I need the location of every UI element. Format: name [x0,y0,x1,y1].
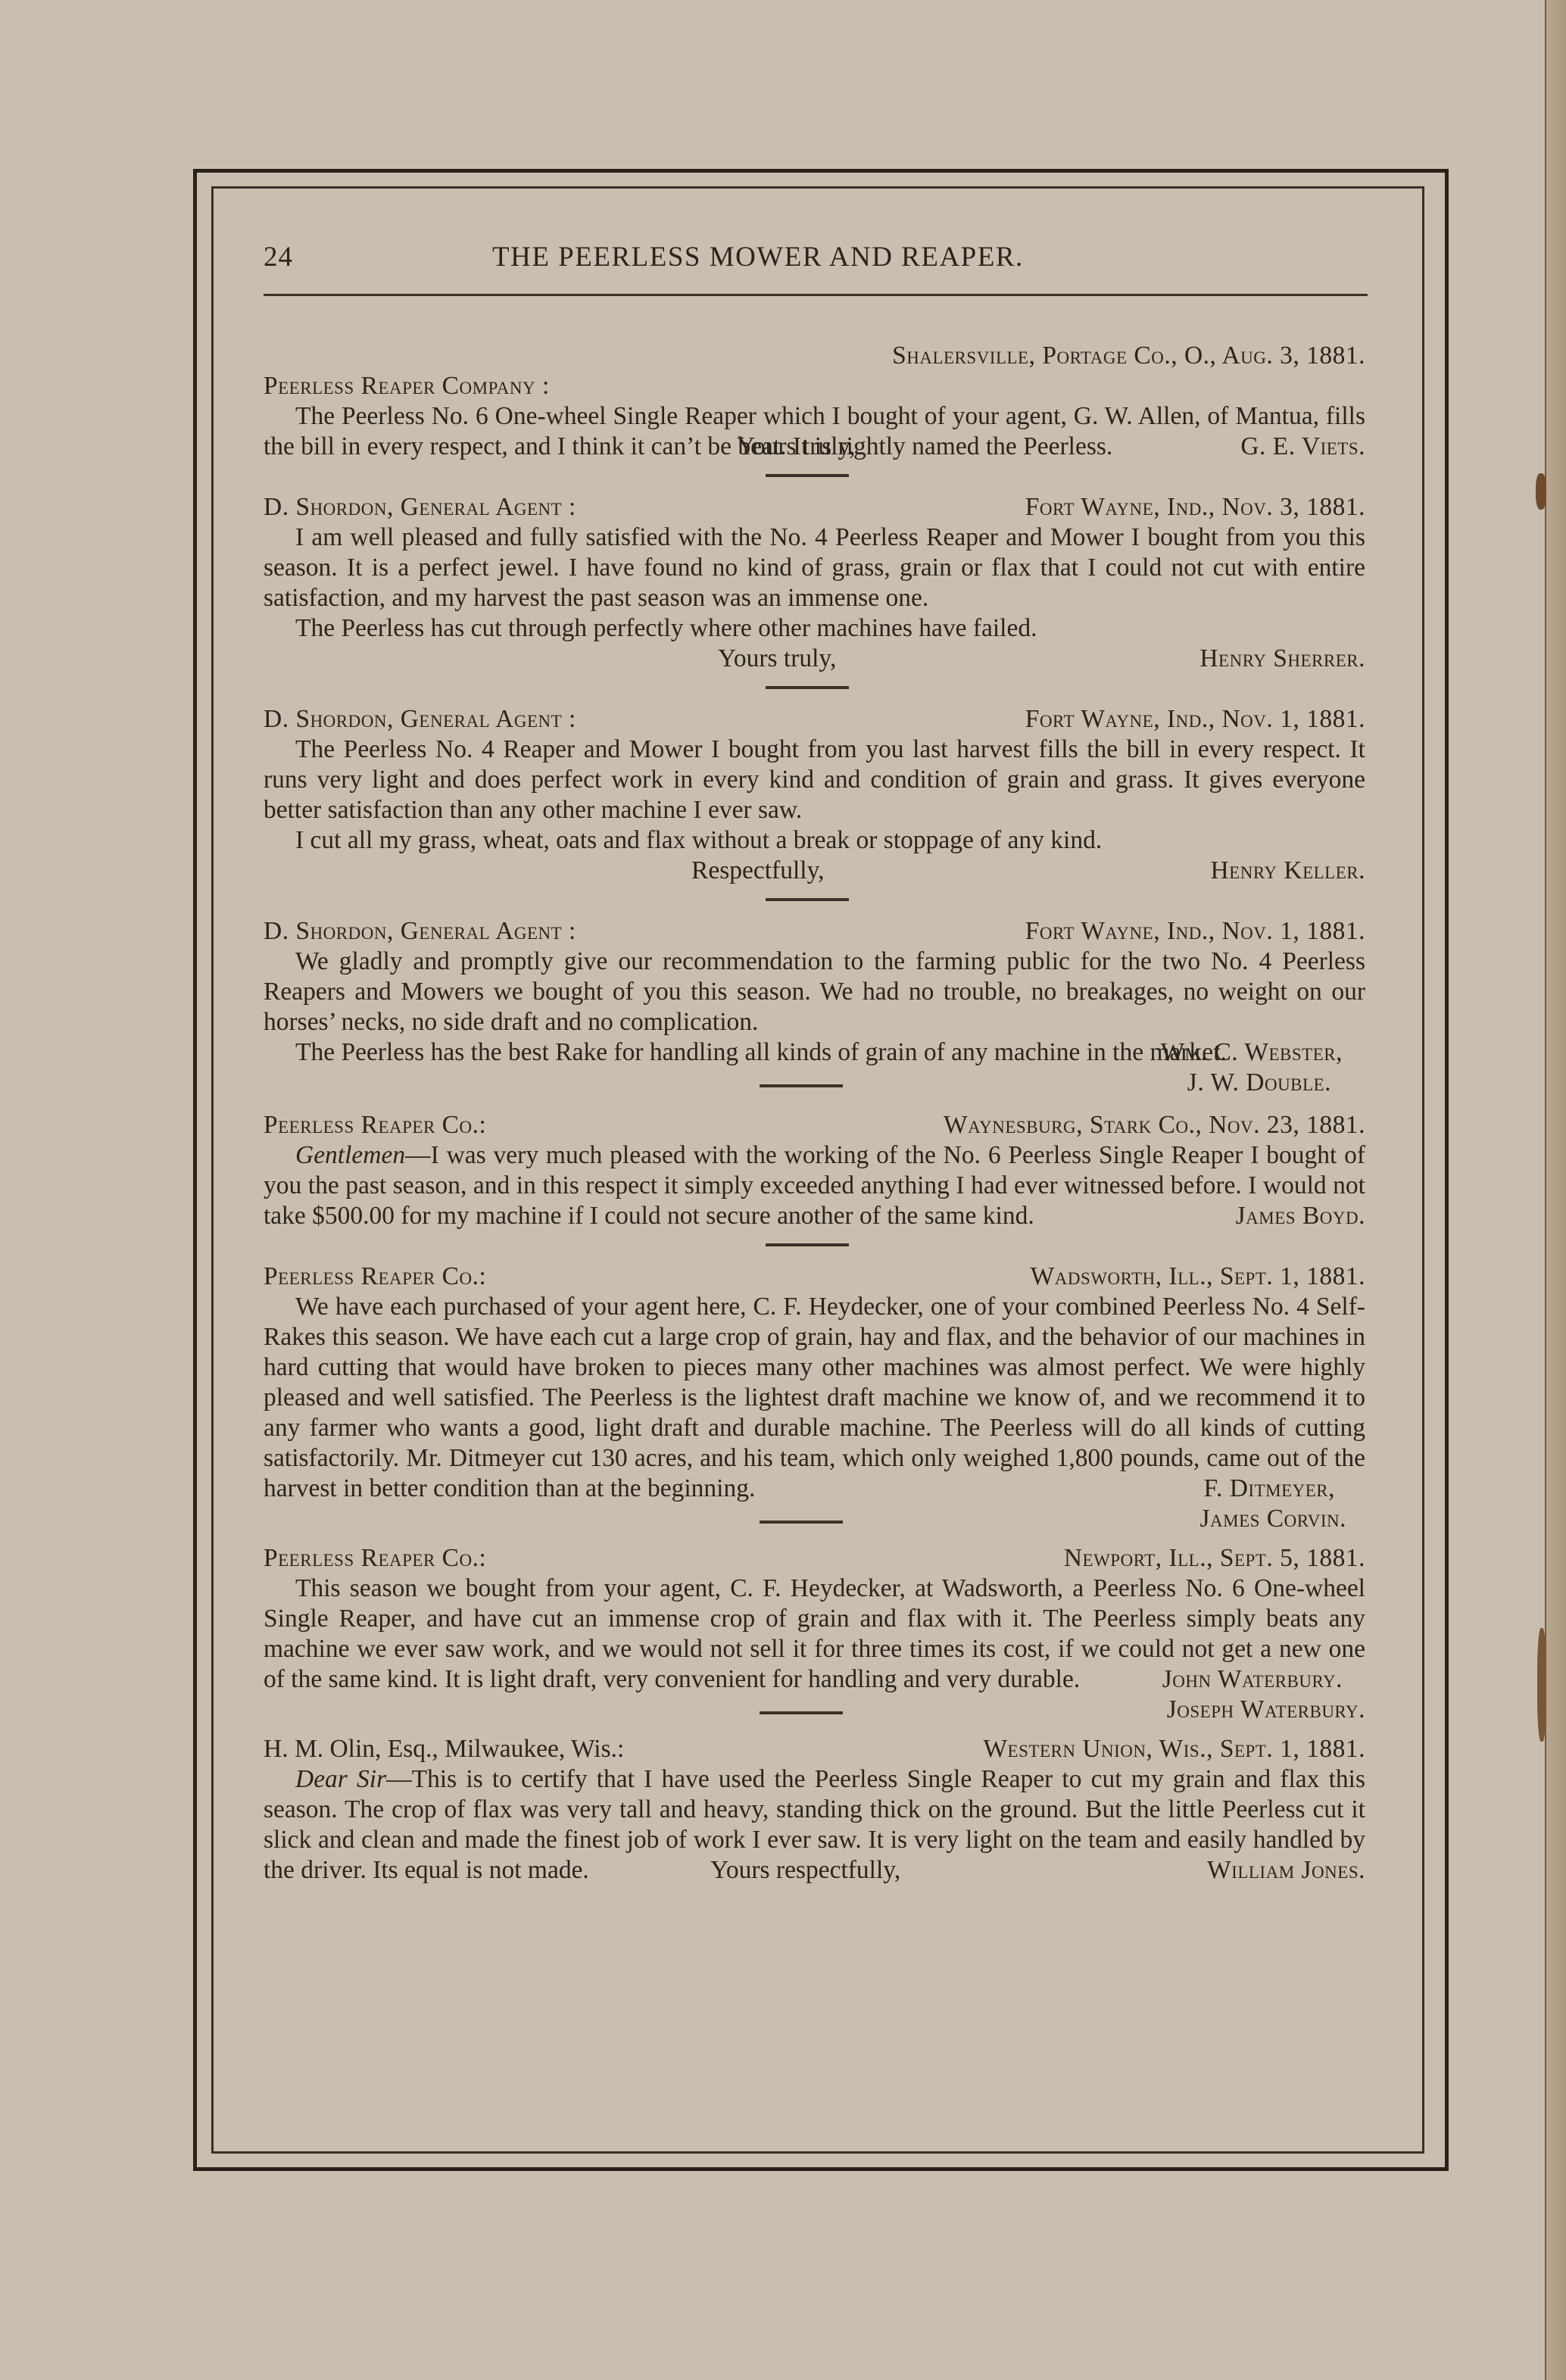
place-date: Fort Wayne, Ind., Nov. 1, 1881. [1025,916,1365,947]
running-title: THE PEERLESS MOWER AND REAPER. [492,241,1024,273]
section-divider [760,1084,843,1087]
testimonial-letter: H. M. Olin, Esq., Milwaukee, Wis.: Weste… [264,1734,1365,1886]
letter-paragraph: The Peerless No. 4 Reaper and Mower I bo… [264,735,1365,825]
page-edge [1545,0,1566,2380]
addressee: D. Shordon, General Agent : [264,916,576,947]
section-divider [766,474,849,477]
closing: Yours truly, [737,432,855,462]
testimonial-letter: D. Shordon, General Agent : Fort Wayne, … [264,492,1365,689]
place-date: Waynesburg, Stark Co., Nov. 23, 1881. [944,1110,1365,1140]
addressee: D. Shordon, General Agent : [264,492,576,522]
testimonial-letter: D. Shordon, General Agent : Fort Wayne, … [264,704,1365,901]
salutation: Dear Sir [295,1765,386,1793]
place-date: Wadsworth, Ill., Sept. 1, 1881. [1031,1262,1365,1292]
page-content: 24 THE PEERLESS MOWER AND REAPER. Shaler… [264,227,1365,288]
place-date: Fort Wayne, Ind., Nov. 1, 1881. [1025,704,1365,735]
testimonial-letter: Peerless Reaper Co.: Newport, Ill., Sept… [264,1543,1365,1734]
running-header: 24 THE PEERLESS MOWER AND REAPER. [264,227,1365,288]
letter-paragraph: We gladly and promptly give our recommen… [264,947,1365,1037]
letter-paragraph: I am well pleased and fully satisfied wi… [264,522,1365,613]
signature: Wm. C. Webster, [1161,1037,1343,1068]
closing: Yours truly, [718,644,836,674]
salutation: Gentlemen [295,1141,405,1169]
signature: J. W. Double. [1187,1068,1331,1098]
paper-stain [1537,1628,1546,1742]
signature: G. E. Viets. [1240,432,1365,462]
addressee: Peerless Reaper Co.: [264,1110,486,1140]
testimonial-letter: D. Shordon, General Agent : Fort Wayne, … [264,916,1365,1110]
signature: James Boyd. [1236,1201,1365,1231]
letter-paragraph: We have each purchased of your agent her… [264,1292,1365,1504]
signature: F. Ditmeyer, [1204,1474,1335,1504]
signature: James Corvin. [1199,1504,1346,1534]
addressee: Peerless Reaper Co.: [264,1262,486,1292]
section-divider [766,686,849,689]
signature: Joseph Waterbury. [1167,1695,1365,1725]
signature: John Waterbury. [1162,1664,1343,1695]
section-divider [766,898,849,901]
section-divider [760,1521,843,1524]
place-date: Western Union, Wis., Sept. 1, 1881. [983,1734,1365,1764]
addressee: H. M. Olin, Esq., Milwaukee, Wis.: [264,1734,624,1764]
signature: Henry Sherrer. [1199,644,1365,674]
testimonial-letters: Shalersville, Portage Co., O., Aug. 3, 1… [264,341,1365,1886]
signature: William Jones. [1207,1855,1365,1886]
letter-paragraph: I cut all my grass, wheat, oats and flax… [264,825,1365,856]
place-date: Fort Wayne, Ind., Nov. 3, 1881. [1025,492,1365,522]
addressee: D. Shordon, General Agent : [264,704,576,735]
section-divider [760,1711,843,1714]
page-number: 24 [264,241,293,273]
addressee: Peerless Reaper Company : [264,371,550,401]
addressee: Peerless Reaper Co.: [264,1543,486,1574]
place-date: Shalersville, Portage Co., O., Aug. 3, 1… [892,341,1365,371]
testimonial-letter: Peerless Reaper Co.: Wadsworth, Ill., Se… [264,1262,1365,1543]
testimonial-letter: Shalersville, Portage Co., O., Aug. 3, 1… [264,341,1365,477]
closing: Yours respectfully, [710,1855,900,1886]
paper-stain [1536,473,1546,510]
header-rule [264,294,1368,296]
section-divider [766,1243,849,1246]
letter-paragraph: The Peerless has cut through perfectly w… [264,613,1365,644]
testimonial-letter: Peerless Reaper Co.: Waynesburg, Stark C… [264,1110,1365,1246]
closing: Respectfully, [691,856,825,886]
signature: Henry Keller. [1210,856,1365,886]
place-date: Newport, Ill., Sept. 5, 1881. [1064,1543,1365,1574]
